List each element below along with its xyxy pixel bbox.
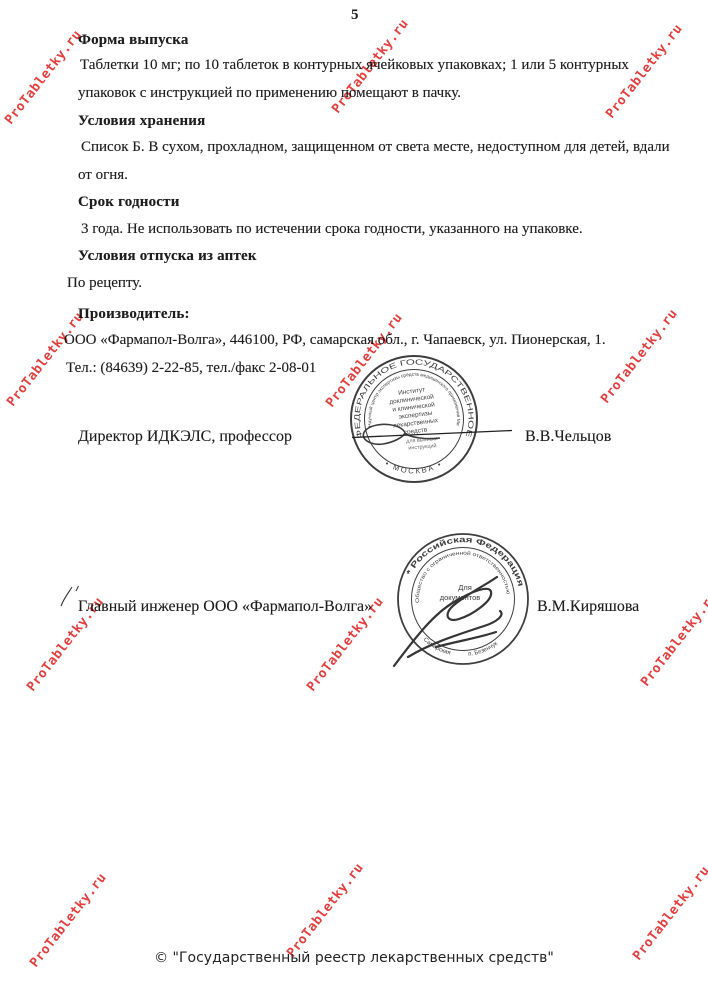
seal-bottom-text: • МОСКВА • (384, 459, 445, 476)
signatory-role: Директор ИДКЭЛС, профессор (78, 428, 292, 446)
body-line: упаковок с инструкцией по применению пом… (78, 83, 461, 103)
body-line: от огня. (78, 165, 128, 185)
watermark-text: ProTabletky.ru (598, 306, 681, 406)
body-line: ООО «Фармапол-Волга», 446100, РФ, самарс… (64, 330, 606, 350)
watermark-text: ProTabletky.ru (284, 860, 367, 960)
section-heading: Производитель: (78, 304, 190, 324)
footer-copyright: © "Государственный реестр лекарственных … (0, 950, 708, 966)
seal-inner-circle (365, 370, 464, 469)
watermark-text: ProTabletky.ru (638, 589, 708, 689)
watermark-text: ProTabletky.ru (630, 863, 708, 963)
stray-pen-tick (76, 586, 79, 591)
svg-text:• МОСКВА •: • МОСКВА • (384, 459, 445, 476)
section-heading: Форма выпуска (78, 30, 189, 50)
body-line: Список Б. В сухом, прохладном, защищенно… (81, 137, 670, 157)
body-line: Тел.: (84639) 2-22-85, тел./факс 2-08-01 (66, 358, 316, 378)
body-line: 3 года. Не использовать по истечении сро… (81, 219, 583, 239)
institute-round-seal: ФЕДЕРАЛЬНОЕ ГОСУДАРСТВЕННОЕ УЧРЕЖДЕНИЕ •… (336, 341, 492, 497)
watermark-text: ProTabletky.ru (2, 27, 85, 127)
body-line: По рецепту. (67, 273, 142, 293)
signatory-name: В.В.Чельцов (525, 428, 611, 446)
scanned-document-page: 5 Форма выпуска Таблетки 10 мг; по 10 та… (0, 0, 708, 1000)
signatory-role: Главный инженер ООО «Фармапол-Волга» (78, 598, 372, 616)
body-line: Таблетки 10 мг; по 10 таблеток в контурн… (80, 55, 629, 75)
section-heading: Условия хранения (78, 111, 205, 131)
page-number: 5 (351, 7, 359, 24)
section-heading: Срок годности (78, 192, 180, 212)
signatory-name: В.М.Киряшова (537, 598, 639, 616)
seal-center-line: Для (458, 583, 472, 592)
section-heading: Условия отпуска из аптек (78, 246, 257, 266)
stray-pen-mark (61, 587, 72, 606)
company-round-seal: * Российская Федерация * Самарская п. Бе… (378, 514, 548, 684)
